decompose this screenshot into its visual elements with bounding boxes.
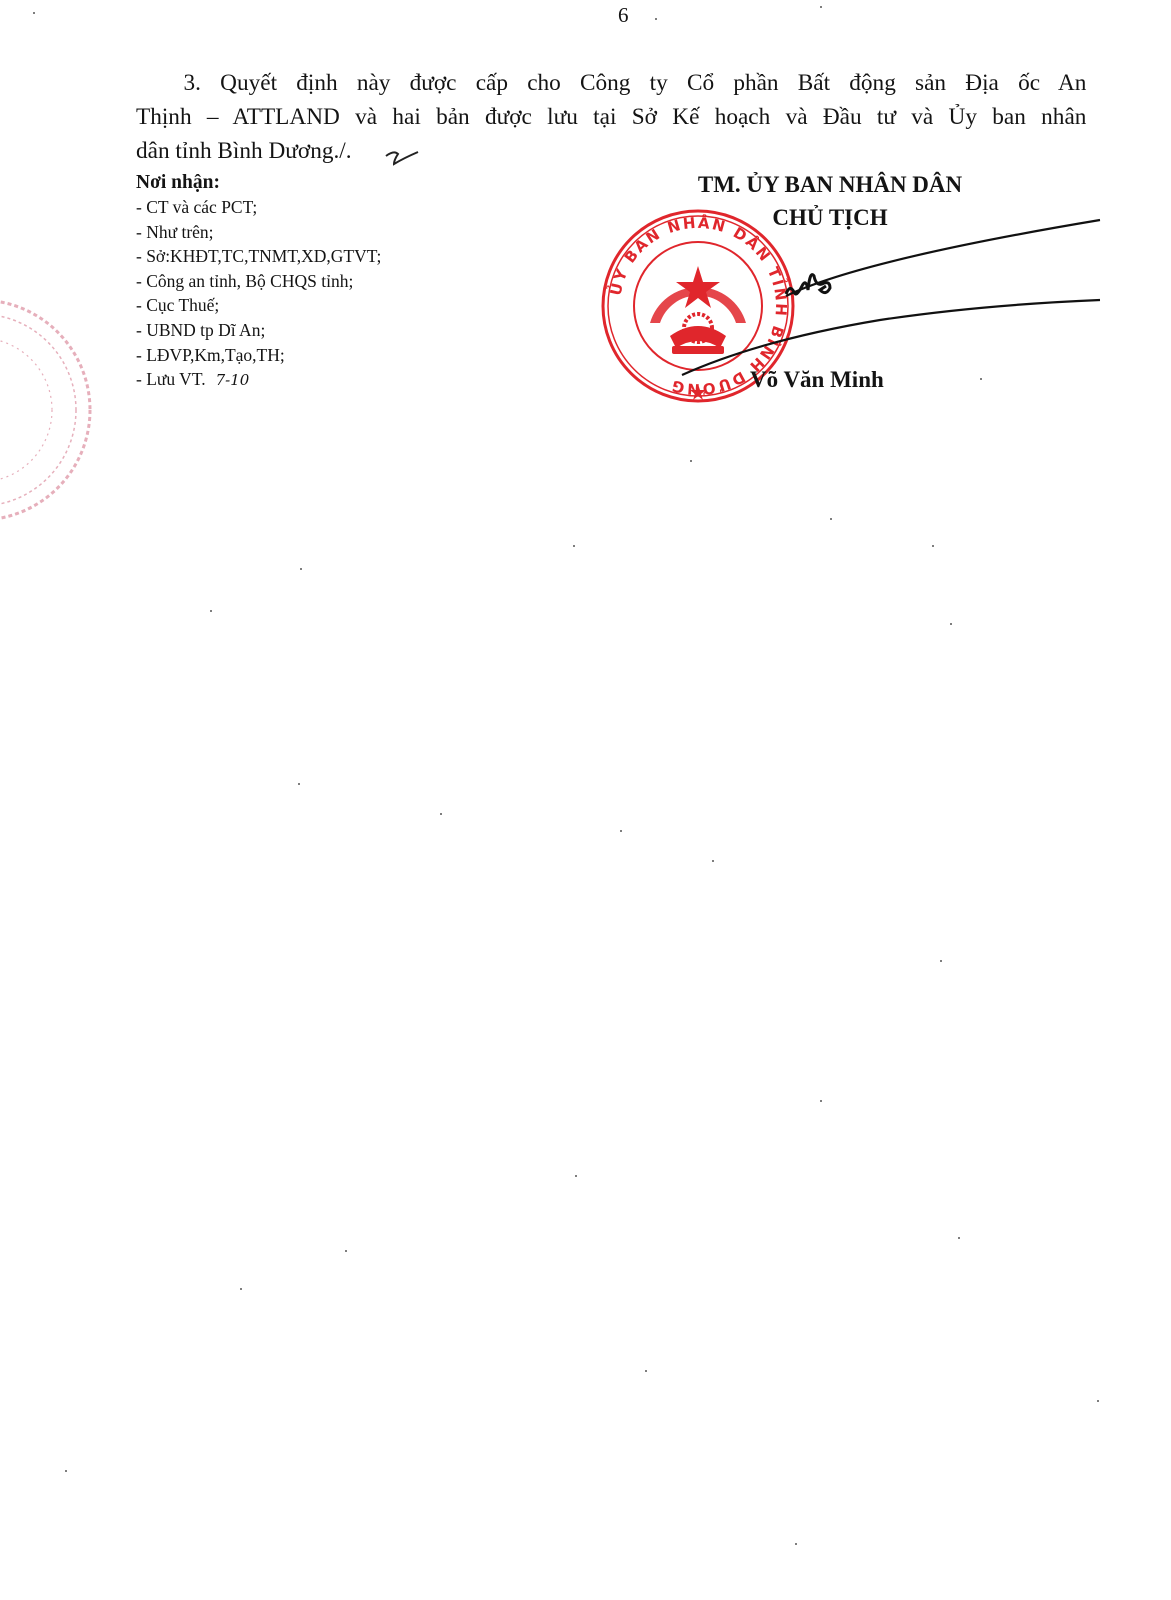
scan-speck	[958, 1237, 960, 1239]
scan-speck	[645, 1370, 647, 1372]
scan-speck	[33, 12, 35, 14]
signing-organization: TM. ỦY BAN NHÂN DÂN	[620, 168, 1040, 202]
recipient-item: - Lưu VT.7-10	[136, 367, 381, 393]
page-number: 6	[618, 3, 629, 28]
scan-speck	[820, 1100, 822, 1102]
scan-speck	[1097, 1400, 1099, 1402]
scan-speck	[980, 378, 982, 380]
recipient-item: - Công an tỉnh, Bộ CHQS tỉnh;	[136, 269, 381, 294]
scan-speck	[300, 568, 302, 570]
recipient-item: - Sở:KHĐT,TC,TNMT,XD,GTVT;	[136, 244, 381, 269]
recipients-list: Nơi nhận: - CT và các PCT; - Như trên; -…	[136, 172, 381, 393]
scan-speck	[932, 545, 934, 547]
national-emblem-icon	[650, 266, 746, 354]
faint-seal-icon	[0, 290, 150, 530]
scan-speck	[240, 1288, 242, 1290]
scan-speck	[620, 830, 622, 832]
scan-speck	[573, 545, 575, 547]
scan-speck	[940, 960, 942, 962]
signer-name: Võ Văn Minh	[750, 367, 884, 393]
recipient-item: - LĐVP,Km,Tạo,TH;	[136, 343, 381, 368]
paragraph-line: dân tỉnh Bình Dương./.	[136, 134, 1086, 168]
scan-speck	[712, 860, 714, 862]
scan-speck	[655, 18, 657, 20]
scan-speck	[210, 610, 212, 612]
recipient-item: - UBND tp Dĩ An;	[136, 318, 381, 343]
paragraph-line: 3. Quyết định này được cấp cho Công ty C…	[136, 66, 1086, 100]
paragraph-line: Thịnh – ATTLAND và hai bản được lưu tại …	[136, 100, 1086, 134]
signer-role: CHỦ TỊCH	[620, 202, 1040, 234]
scan-speck	[820, 6, 822, 8]
recipient-item: - Như trên;	[136, 220, 381, 245]
scan-speck	[830, 518, 832, 520]
scan-speck	[950, 623, 952, 625]
handwritten-note: 7-10	[216, 371, 250, 389]
scan-speck	[298, 783, 300, 785]
decision-paragraph: 3. Quyết định này được cấp cho Công ty C…	[136, 66, 1086, 168]
scan-speck	[690, 460, 692, 462]
scan-speck	[440, 813, 442, 815]
signature-block: TM. ỦY BAN NHÂN DÂN CHỦ TỊCH	[620, 168, 1040, 234]
recipient-item: - Cục Thuế;	[136, 293, 381, 318]
scan-speck	[795, 1543, 797, 1545]
scan-speck	[575, 1175, 577, 1177]
recipients-title: Nơi nhận:	[136, 172, 381, 194]
recipient-item: - CT và các PCT;	[136, 195, 381, 220]
scan-speck	[65, 1470, 67, 1472]
scan-speck	[345, 1250, 347, 1252]
